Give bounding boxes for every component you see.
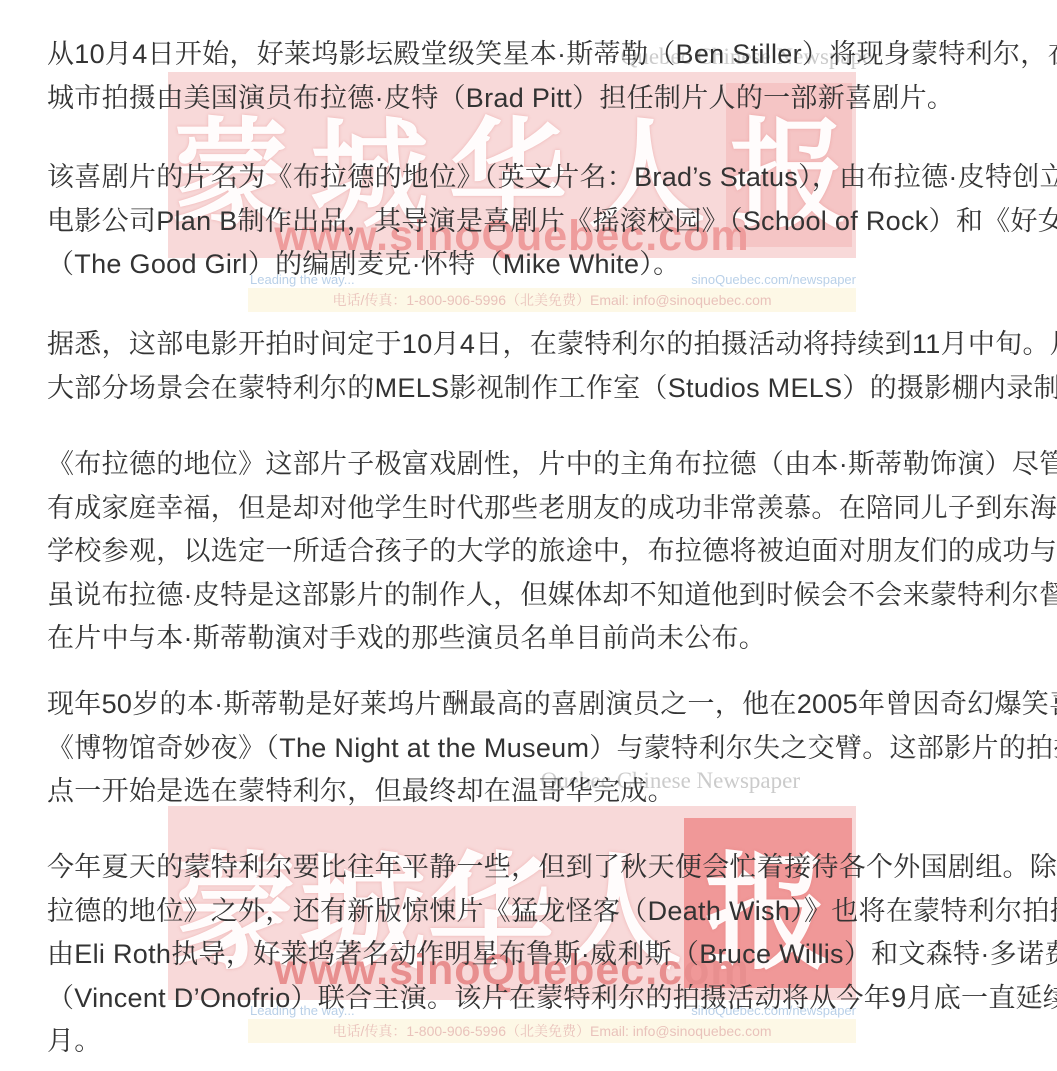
article-paragraph: 《布拉德的地位》这部片子极富戏剧性，片中的主角布拉德（由本·斯蒂勒饰演）尽管事业… — [47, 443, 1057, 661]
article-paragraph: 今年夏天的蒙特利尔要比往年平静一些，但到了秋天便会忙着接待各个外国剧组。除了《布… — [47, 846, 1057, 1064]
article-page: Quebec Chinese Newspaper 蒙 城 华 人 报 www.s… — [0, 0, 1057, 1071]
article-paragraph: 现年50岁的本·斯蒂勒是好莱坞片酬最高的喜剧演员之一，他在2005年曾因奇幻爆笑… — [47, 683, 1057, 814]
article-paragraph: 从10月4日开始，好莱坞影坛殿堂级笑星本·斯蒂勒（Ben Stiller）将现身… — [47, 33, 1057, 120]
article-paragraph: 该喜剧片的片名为《布拉德的地位》（英文片名：Brad’s Status），由布拉… — [47, 156, 1057, 287]
article-paragraph: 据悉，这部电影开拍时间定于10月4日，在蒙特利尔的拍摄活动将持续到11月中旬。片… — [47, 323, 1057, 410]
contact-strip: 电话/传真：1-800-906-5996（北美免费）Email: info@si… — [248, 288, 856, 312]
